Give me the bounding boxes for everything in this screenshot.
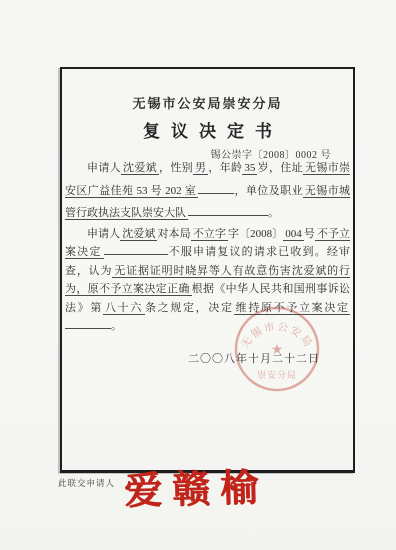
document-date: 二〇〇八年十月二十二日: [188, 350, 320, 366]
label-age: ，年龄: [208, 162, 242, 174]
copy-note: 此联交申请人: [58, 477, 115, 489]
field-case-number: 004: [283, 228, 304, 241]
blank-underline: [65, 317, 111, 329]
blank-underline: [104, 243, 168, 255]
field-age: 35: [242, 162, 257, 175]
scanned-document-page: { "colors": { "paper": "#f6f6f3", "ink":…: [0, 0, 396, 550]
field-applicant-name: 沈爱斌: [121, 162, 159, 175]
field-case-word: 不立字: [191, 228, 228, 241]
document-body: 申请人沈爱斌，性别男，年龄35岁，住址无锡市崇安区广益佳苑 53 号 202 室…: [65, 157, 350, 336]
punctuation: 。: [111, 320, 122, 332]
field-article-number: 八十六: [103, 302, 145, 315]
label-applicant: 申请人: [87, 228, 120, 240]
issuing-agency: 无锡市公安局崇安分局: [62, 93, 353, 112]
punctuation: 。: [268, 207, 279, 219]
field-applicant-name: 沈爱斌: [120, 228, 157, 241]
paragraph-applicant-info: 申请人沈爱斌，性别男，年龄35岁，住址无锡市崇安区广益佳苑 53 号 202 室…: [65, 157, 350, 225]
blank-underline: [188, 204, 268, 216]
label-applicant: 申请人: [87, 162, 121, 174]
paper-sheet: 无锡市公安局崇安分局 复议决定书 锡公崇字〔2008〕0002 号 无锡市公安局…: [0, 0, 396, 550]
seal-bottom-text: 崇安分局: [257, 369, 297, 380]
label-decision: 条之规定，决定: [145, 302, 234, 314]
label-occupation: ，单位及职业: [234, 185, 303, 197]
label-gender: ，性别: [159, 162, 193, 174]
document-title: 复议决定书: [62, 117, 353, 142]
blank-underline: [198, 182, 234, 194]
document-border-frame: 无锡市公安局崇安分局 复议决定书 锡公崇字〔2008〕0002 号 无锡市公安局…: [60, 67, 355, 473]
label-address: 岁，住址: [257, 162, 303, 174]
label-number-suffix: 号: [304, 228, 315, 240]
field-gender: 男: [193, 162, 208, 175]
label-bureau: 对本局: [157, 228, 190, 240]
paragraph-decision: 申请人沈爱斌对本局不立字字〔2008〕004号不予立案决定不服申请复议的请求已收…: [65, 225, 350, 336]
label-case-year: 字〔2008〕: [228, 228, 283, 240]
field-final-decision: 维持原不予立案决定: [234, 302, 350, 315]
handwritten-signature: 爱赣榆: [123, 456, 268, 515]
